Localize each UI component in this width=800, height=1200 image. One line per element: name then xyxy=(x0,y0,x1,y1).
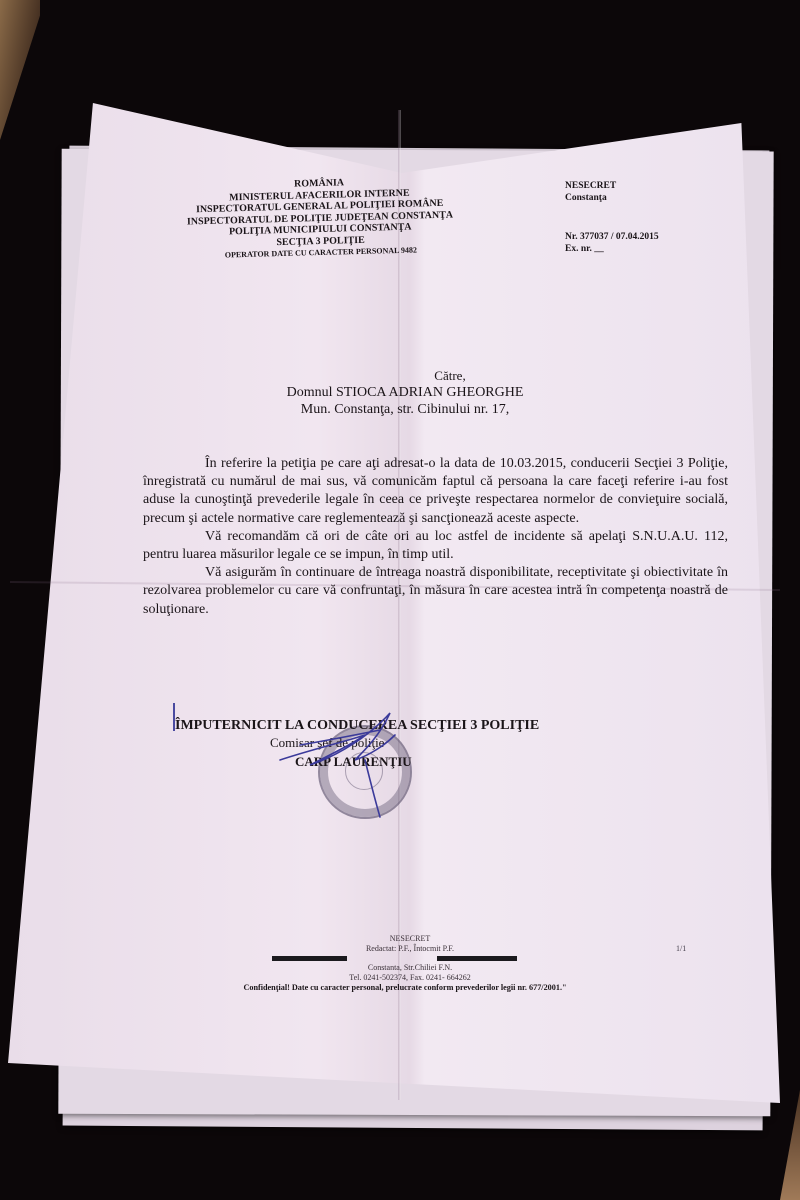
letter-body: În referire la petiţia pe care aţi adres… xyxy=(143,455,728,619)
salutation: Către, xyxy=(340,367,560,384)
footer-classification: NESECRET xyxy=(180,934,640,944)
wooden-edge xyxy=(0,0,40,150)
registration-number: Nr. 377037 / 07.04.2015 xyxy=(565,231,659,243)
body-paragraph: Vă asigurăm în continuare de întreaga no… xyxy=(143,564,728,619)
handwritten-signature xyxy=(270,705,430,820)
document-footer: NESECRET Redactat: P.F., Întocmit P.F. C… xyxy=(180,934,640,993)
recipient-block: Către, Domnul STIOCA ADRIAN GHEORGHE Mun… xyxy=(250,367,560,418)
classification-label: NESECRET xyxy=(565,180,659,192)
institution-header: ROMÂNIA MINISTERUL AFACERILOR INTERNE IN… xyxy=(159,174,481,263)
footer-address: Constanta, Str.Chiliei F.N. xyxy=(180,963,640,973)
confidentiality-notice: Confidenţial! Date cu caracter personal,… xyxy=(150,983,660,993)
city-label: Constanţa xyxy=(565,192,659,204)
body-paragraph: Vă recomandăm că ori de câte ori au loc … xyxy=(143,528,728,564)
recipient-address: Mun. Constanţa, str. Cibinului nr. 17, xyxy=(250,401,560,418)
copy-number: Ex. nr. __ xyxy=(565,243,659,255)
footer-divider xyxy=(272,956,517,961)
registration-block: NESECRET Constanţa Nr. 377037 / 07.04.20… xyxy=(565,180,659,255)
recipient-name: Domnul STIOCA ADRIAN GHEORGHE xyxy=(250,384,560,401)
page-number: 1/1 xyxy=(676,944,686,953)
wooden-edge xyxy=(780,1090,800,1200)
footer-drafted: Redactat: P.F., Întocmit P.F. xyxy=(180,944,640,954)
body-paragraph: În referire la petiţia pe care aţi adres… xyxy=(143,455,728,528)
footer-contact: Tel. 0241-502374, Fax. 0241- 664262 xyxy=(180,973,640,983)
